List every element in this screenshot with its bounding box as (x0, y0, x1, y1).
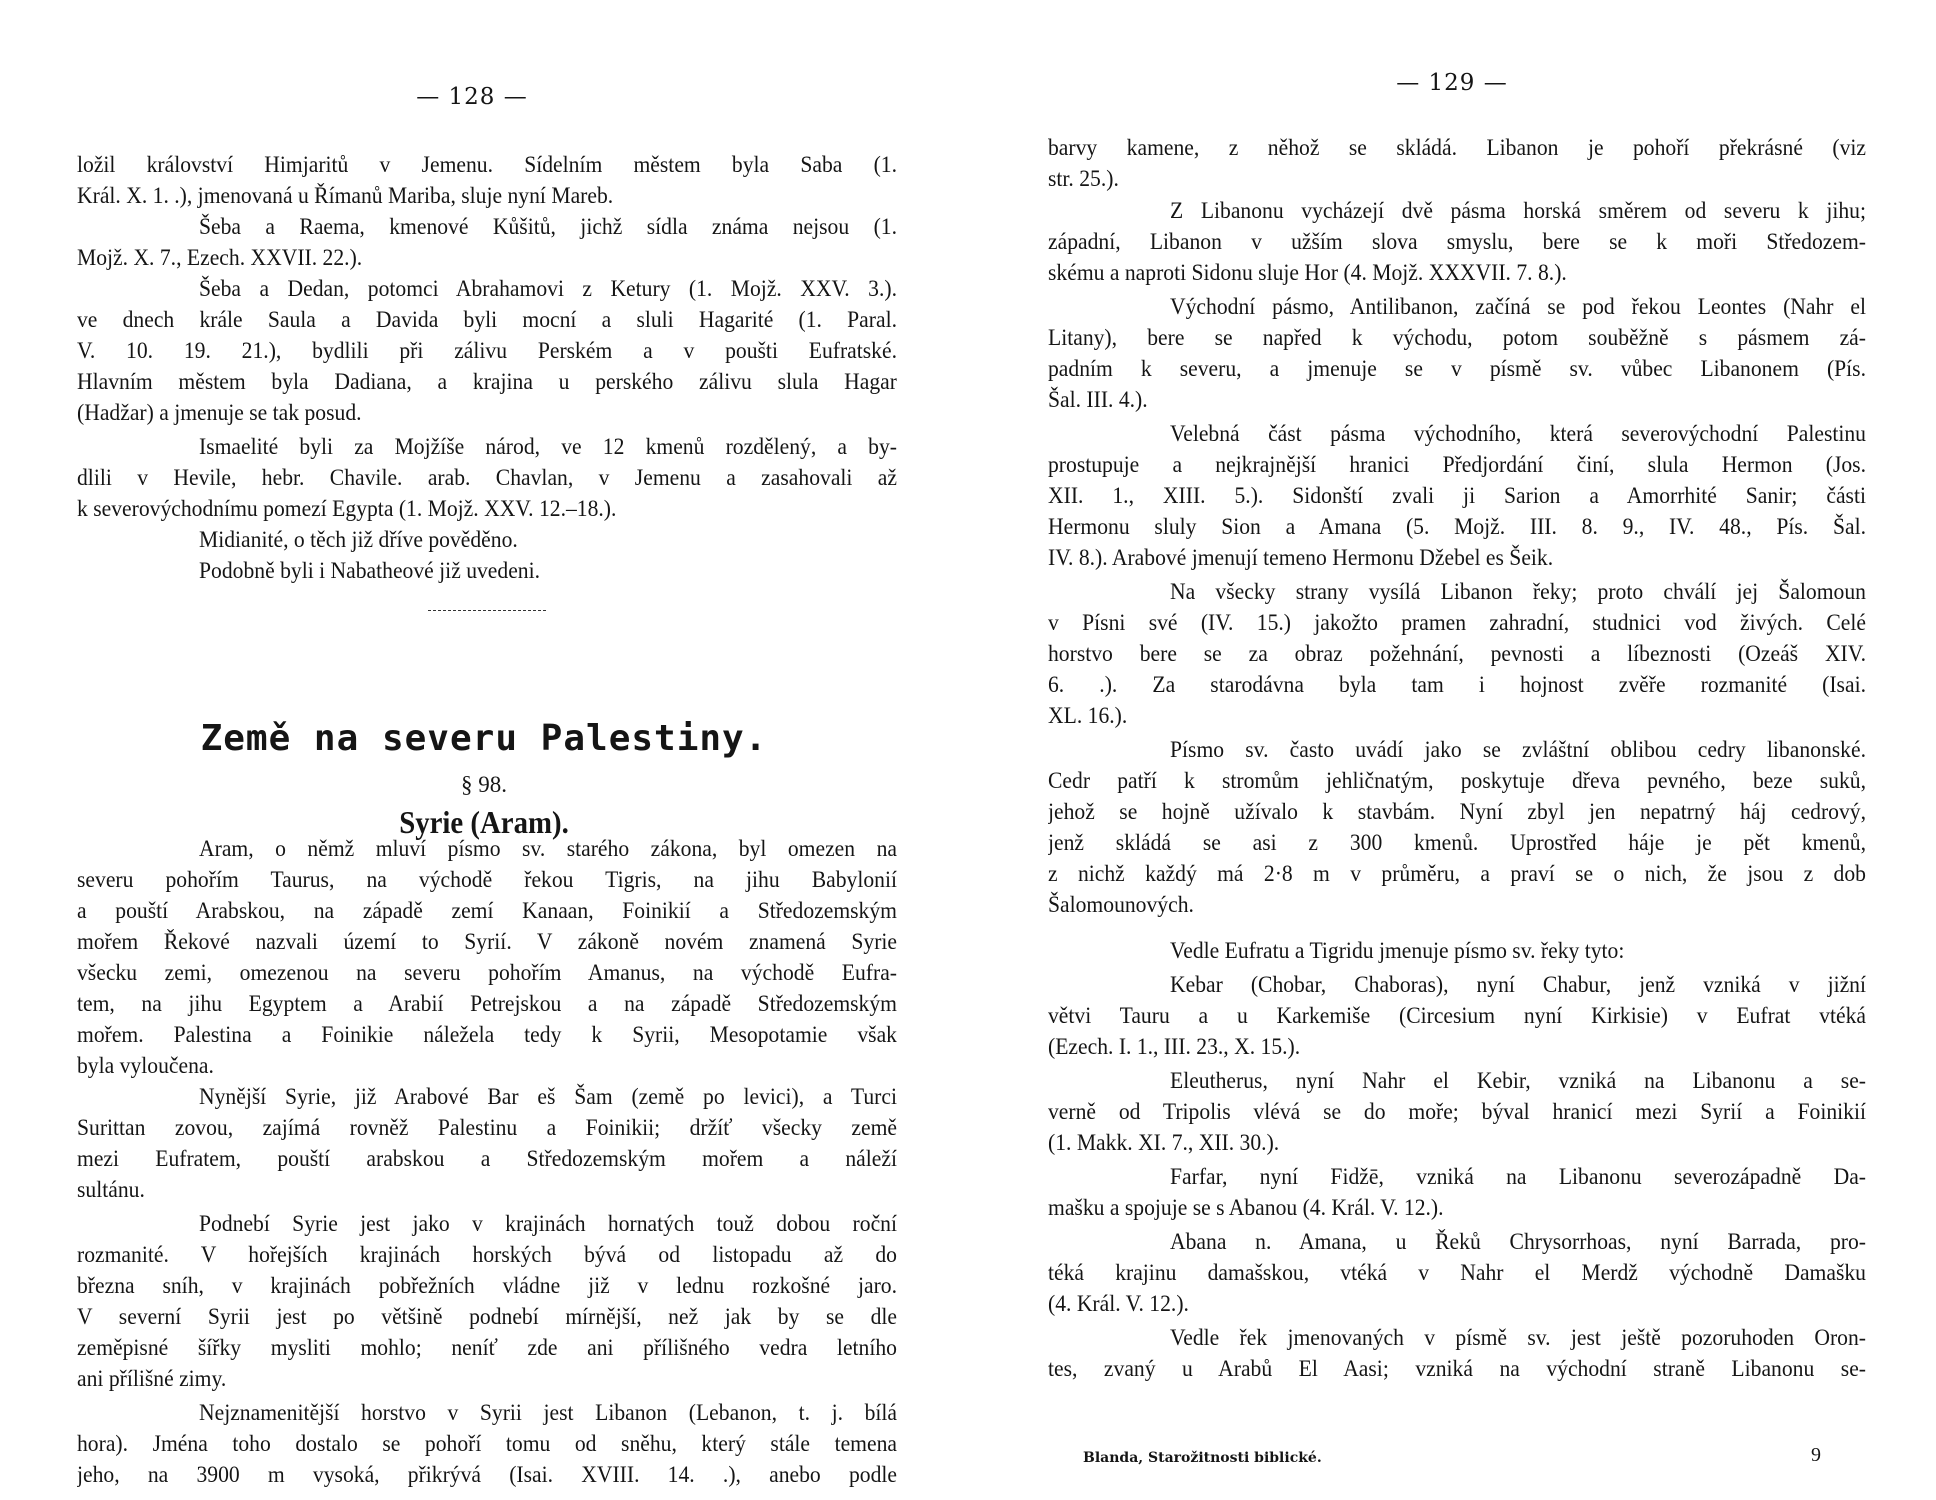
text-line: byla vyloučena. (77, 1051, 214, 1081)
text-line: rozmanité. V hořejších krajinách horskýc… (77, 1240, 897, 1270)
text-line: zeměpisné šířky mysliti mohlo; neníť zde… (77, 1333, 897, 1363)
text-line: Surittan zovou, zajímá rovněž Palestinu … (77, 1113, 897, 1143)
text-line: Z Libanonu vycházejí dvě pásma horská sm… (1170, 196, 1866, 226)
text-line: Farfar, nyní Fidžē, vzniká na Libanonu s… (1170, 1162, 1866, 1192)
text-line: Abana n. Amana, u Řeků Chrysorrhoas, nyn… (1170, 1227, 1866, 1257)
text-line: Šeba a Dedan, potomci Abrahamovi z Ketur… (199, 274, 897, 304)
text-line: prostupuje a nejkrajnější hranici Předjo… (1048, 450, 1866, 480)
text-line: ani přílišné zimy. (77, 1364, 226, 1394)
text-line: Podnebí Syrie jest jako v krajinách horn… (199, 1209, 897, 1239)
text-line: barvy kamene, z něhož se skládá. Libanon… (1048, 133, 1866, 163)
text-line: Šeba a Raema, kmenové Kůšitů, jichž sídl… (199, 212, 897, 242)
text-line: všecku zemi, omezenou na severu pohořím … (77, 958, 897, 988)
text-line: Aram, o němž mluví písmo sv. starého zák… (199, 834, 897, 864)
text-line: ve dnech krále Saula a Davida byli mocní… (77, 305, 897, 335)
text-line: větvi Tauru a u Karkemiše (Circesium nyn… (1048, 1001, 1866, 1031)
text-line: skému a naproti Sidonu sluje Hor (4. Moj… (1048, 258, 1567, 288)
text-line: mořem Řekové nazvali území to Syrií. V z… (77, 927, 897, 957)
text-line: (4. Král. V. 12.). (1048, 1289, 1189, 1319)
text-line: padním k severu, a jmenuje se v písmě sv… (1048, 354, 1866, 384)
text-line: jenž skládá se asi z 300 kmenů. Uprostře… (1048, 828, 1866, 858)
text-line: mašku a spojuje se s Abanou (4. Král. V.… (1048, 1193, 1444, 1223)
text-line: Vedle Eufratu a Tigridu jmenuje písmo sv… (1170, 936, 1624, 966)
text-line: Litany), bere se napřed k východu, potom… (1048, 323, 1866, 353)
text-line: Šalomounových. (1048, 890, 1194, 920)
chapter-heading: Země na severu Palestiny. (0, 718, 968, 759)
text-line: Midianité, o těch již dříve pověděno. (199, 525, 518, 555)
text-line: Mojž. X. 7., Ezech. XXVII. 22.). (77, 243, 362, 273)
right-page: — 129 — barvy kamene, z něhož se skládá.… (968, 0, 1936, 1500)
text-line: Eleutherus, nyní Nahr el Kebir, vzniká n… (1170, 1066, 1866, 1096)
page-number-left: — 128 — (322, 84, 622, 110)
text-line: Na všecky strany vysílá Libanon řeky; pr… (1170, 577, 1866, 607)
text-line: ložil království Himjaritů v Jemenu. Síd… (77, 150, 897, 180)
text-line: a pouští Arabskou, na západě zemí Kanaan… (77, 896, 897, 926)
text-line: března sníh, v krajinách pobřežních vlád… (77, 1271, 897, 1301)
text-line: mořem. Palestina a Foinikie náležela ted… (77, 1020, 897, 1050)
text-line: IV. 8.). Arabové jmenují temeno Hermonu … (1048, 543, 1553, 573)
text-line: západní, Libanon v užším slova smyslu, b… (1048, 227, 1866, 257)
text-line: z nichž každý má 2·8 m v průměru, a prav… (1048, 859, 1866, 889)
text-line: Hlavním městem byla Dadiana, a krajina u… (77, 367, 897, 397)
text-line: tes, zvaný u Arabů El Aasi; vzniká na vý… (1048, 1354, 1866, 1384)
text-line: horstvo bere se za obraz požehnání, pevn… (1048, 639, 1866, 669)
text-line: Vedle řek jmenovaných v písmě sv. jest j… (1170, 1323, 1866, 1353)
text-line: mezi Eufratem, pouští arabskou a Středoz… (77, 1144, 897, 1174)
text-line: Písmo sv. často uvádí jako se zvláštní o… (1170, 735, 1866, 765)
text-line: v Písni své (IV. 15.) jakožto pramen zah… (1048, 608, 1866, 638)
footer-sheet-number: 9 (1811, 1444, 1821, 1467)
text-line: Ismaelité byli za Mojžíše národ, ve 12 k… (199, 432, 897, 462)
text-line: verně od Tripolis vlévá se do moře; býva… (1048, 1097, 1866, 1127)
text-line: 6. .). Za starodávna byla tam i hojnost … (1048, 670, 1866, 700)
text-line: hora). Jména toho dostalo se pohoří tomu… (77, 1429, 897, 1459)
text-line: XII. 1., XIII. 5.). Sidonští zvali ji Sa… (1048, 481, 1866, 511)
text-line: Král. X. 1. .), jmenovaná u Římanů Marib… (77, 181, 613, 211)
text-line: jeho, na 3900 m vysoká, přikrývá (Isai. … (77, 1460, 897, 1490)
text-line: V severní Syrii jest po většině podnebí … (77, 1302, 897, 1332)
text-line: sultánu. (77, 1175, 145, 1205)
page-number-right: — 129 — (1302, 70, 1602, 96)
text-line: Kebar (Chobar, Chaboras), nyní Chabur, j… (1170, 970, 1866, 1000)
text-line: V. 10. 19. 21.), bydlili při zálivu Pers… (77, 336, 897, 366)
text-line: Nejznamenitější horstvo v Syrii jest Lib… (199, 1398, 897, 1428)
text-line: Podobně byli i Nabatheové již uvedeni. (199, 556, 540, 586)
text-line: Východní pásmo, Antilibanon, začíná se p… (1170, 292, 1866, 322)
separator-rule (428, 610, 546, 611)
text-line: dlili v Hevile, hebr. Chavile. arab. Cha… (77, 463, 897, 493)
text-line: Šal. III. 4.). (1048, 385, 1148, 415)
text-line: Hermonu sluly Sion a Amana (5. Mojž. III… (1048, 512, 1866, 542)
text-line: severu pohořím Taurus, na východě řekou … (77, 865, 897, 895)
text-line: jehož se hojně užívalo k stavbám. Nyní z… (1048, 797, 1866, 827)
text-line: str. 25.). (1048, 164, 1119, 194)
left-page: — 128 — ložil království Himjaritů v Jem… (0, 0, 968, 1500)
text-line: Cedr patří k stromům jehličnatým, poskyt… (1048, 766, 1866, 796)
text-line: téká krajinu damašskou, vtéká v Nahr el … (1048, 1258, 1866, 1288)
text-line: (Hadžar) a jmenuje se tak posud. (77, 398, 362, 428)
text-line: Nynější Syrie, již Arabové Bar eš Šam (z… (199, 1082, 897, 1112)
section-number: § 98. (0, 772, 968, 798)
text-line: (1. Makk. XI. 7., XII. 30.). (1048, 1128, 1279, 1158)
text-line: k severovýchodnímu pomezí Egypta (1. Moj… (77, 494, 616, 524)
text-line: tem, na jihu Egyptem a Arabií Petrejskou… (77, 989, 897, 1019)
footer-signature: Blanda, Starožitnosti biblické. (1083, 1450, 1322, 1466)
text-line: XL. 16.). (1048, 701, 1127, 731)
text-line: (Ezech. I. 1., III. 23., X. 15.). (1048, 1032, 1300, 1062)
text-line: Velebná část pásma východního, která sev… (1170, 419, 1866, 449)
